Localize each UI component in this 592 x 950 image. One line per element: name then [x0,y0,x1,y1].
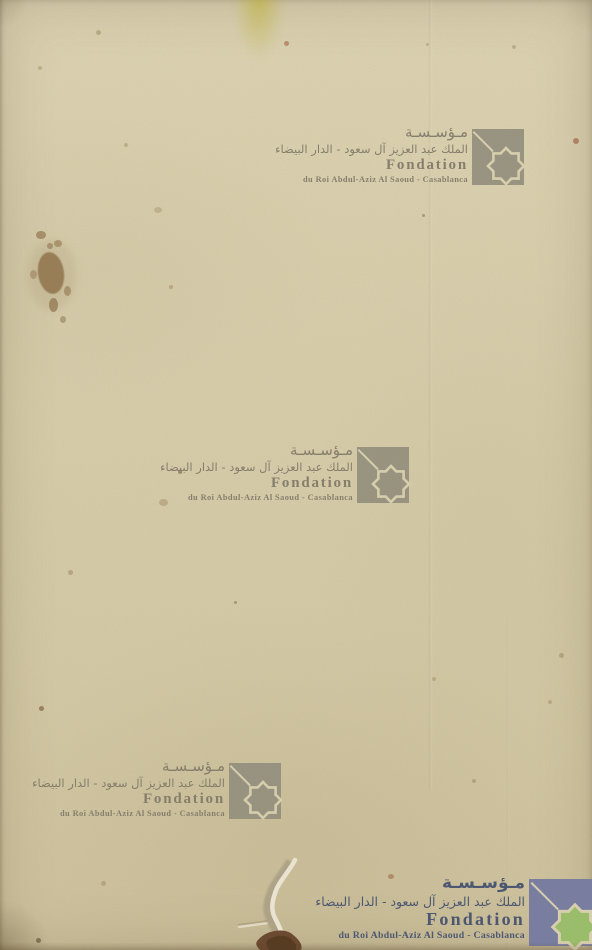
paper-crease [428,0,433,790]
stamp-text-block: مـؤسـسـة الملك عبد العزيز آل سعود - الدا… [43,757,225,819]
stamp-arabic-title: مـؤسـسـة [329,873,525,894]
stamp-arabic-subtitle: الملك عبد العزيز آل سعود - الدار البيضاء [171,461,353,474]
stamp-arabic-title: مـؤسـسـة [286,123,468,142]
foundation-logo [229,763,281,819]
stamp-latin-title: Fondation [286,158,468,173]
left-edge-shadow [0,0,4,950]
foundation-logo [472,129,524,185]
stamp-latin-subtitle: du Roi Abdul-Aziz Al Saoud - Casablanca [329,930,525,942]
scanned-page: مـؤسـسـة الملك عبد العزيز آل سعود - الدا… [0,0,592,950]
bottom-edge-shadow [0,942,592,950]
eight-pointed-star-icon [370,463,412,505]
eight-pointed-star-icon [242,779,284,821]
stamp-latin-subtitle: du Roi Abdul-Aziz Al Saoud - Casablanca [171,493,353,503]
stamp-arabic-title: مـؤسـسـة [43,757,225,776]
stamp-arabic-subtitle: الملك عبد العزيز آل سعود - الدار البيضاء [286,143,468,156]
foundation-logo [357,447,409,503]
stamp-arabic-subtitle: الملك عبد العزيز آل سعود - الدار البيضاء [43,777,225,790]
eight-pointed-star-icon [485,145,527,187]
stamp-latin-subtitle: du Roi Abdul-Aziz Al Saoud - Casablanca [286,175,468,185]
paper-tear [230,850,340,950]
stamp-text-block: مـؤسـسـة الملك عبد العزيز آل سعود - الدا… [171,441,353,503]
stamp-arabic-subtitle: الملك عبد العزيز آل سعود - الدار البيضاء [329,895,525,909]
stamp-text-block: مـؤسـسـة الملك عبد العزيز آل سعود - الدا… [329,873,525,942]
foundation-logo [529,879,592,946]
yellow-stain [228,0,290,128]
stamp-text-block: مـؤسـسـة الملك عبد العزيز آل سعود - الدا… [286,123,468,185]
stamp-latin-subtitle: du Roi Abdul-Aziz Al Saoud - Casablanca [43,809,225,819]
stamp-arabic-title: مـؤسـسـة [171,441,353,460]
stamp-latin-title: Fondation [329,911,525,928]
stamp-latin-title: Fondation [171,476,353,491]
stamp-latin-title: Fondation [43,792,225,807]
